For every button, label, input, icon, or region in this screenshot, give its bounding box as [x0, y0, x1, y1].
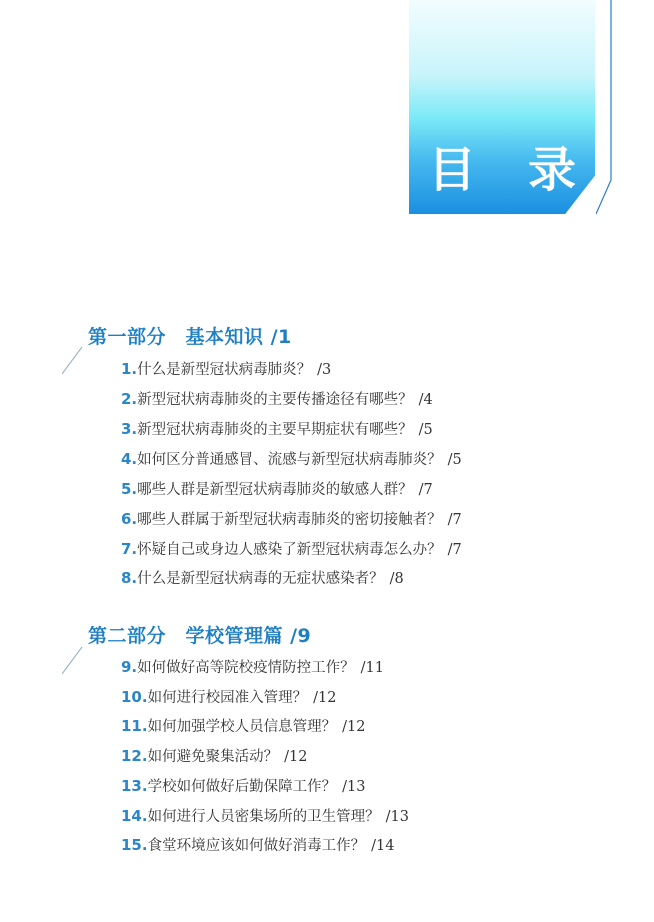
toc-item-number: 5.	[121, 480, 137, 498]
toc-item-page: /13	[342, 779, 365, 795]
toc-item-text: 学校如何做好后勤保障工作？	[148, 779, 337, 795]
toc-item-number: 4.	[121, 450, 137, 468]
toc-item-page: /8	[390, 571, 404, 587]
toc-item-number: 7.	[121, 540, 137, 558]
toc-item-number: 12.	[121, 747, 148, 765]
toc-item-text: 什么是新型冠状病毒肺炎？	[137, 362, 311, 378]
toc-item-page: /7	[448, 542, 462, 558]
toc-item-text: 食堂环境应该如何做好消毒工作？	[148, 838, 366, 854]
toc-title-char-2: 录	[528, 140, 576, 200]
toc-item[interactable]: 11.如何加强学校人员信息管理？/12	[121, 716, 365, 737]
toc-item-page: /14	[371, 838, 394, 854]
toc-item[interactable]: 5.哪些人群是新型冠状病毒肺炎的敏感人群？/7	[121, 479, 433, 500]
toc-item-page: /12	[342, 719, 365, 735]
toc-item-page: /11	[361, 660, 384, 676]
toc-item-page: /13	[386, 809, 409, 825]
toc-item-number: 11.	[121, 717, 148, 735]
toc-item-text: 如何进行校园准入管理？	[148, 690, 308, 706]
toc-item-number: 10.	[121, 688, 148, 706]
toc-item-page: /7	[448, 512, 462, 528]
toc-item-number: 8.	[121, 569, 137, 587]
toc-item[interactable]: 1.什么是新型冠状病毒肺炎？/3	[121, 359, 331, 380]
toc-item-number: 15.	[121, 836, 148, 854]
toc-item[interactable]: 4.如何区分普通感冒、流感与新型冠状病毒肺炎？/5	[121, 449, 462, 470]
toc-item-number: 1.	[121, 360, 137, 378]
toc-item-text: 如何进行人员密集场所的卫生管理？	[148, 809, 380, 825]
toc-item-page: /12	[284, 749, 307, 765]
toc-item[interactable]: 3.新型冠状病毒肺炎的主要早期症状有哪些？/5	[121, 419, 433, 440]
toc-item-page: /12	[313, 690, 336, 706]
toc-item[interactable]: 15.食堂环境应该如何做好消毒工作？/14	[121, 835, 394, 856]
section-header-1: 第一部分 基本知识 /1	[88, 322, 292, 349]
toc-item-text: 如何做好高等院校疫情防控工作？	[137, 660, 355, 676]
toc-item-text: 如何区分普通感冒、流感与新型冠状病毒肺炎？	[137, 452, 442, 468]
toc-item-text: 如何加强学校人员信息管理？	[148, 719, 337, 735]
toc-item[interactable]: 13.学校如何做好后勤保障工作？/13	[121, 776, 365, 797]
toc-item-text: 新型冠状病毒肺炎的主要早期症状有哪些？	[137, 422, 413, 438]
section-header-2: 第二部分 学校管理篇 /9	[88, 621, 311, 648]
toc-item-text: 哪些人群是新型冠状病毒肺炎的敏感人群？	[137, 482, 413, 498]
toc-item-number: 13.	[121, 777, 148, 795]
toc-item[interactable]: 14.如何进行人员密集场所的卫生管理？/13	[121, 806, 409, 827]
toc-title-char-1: 目	[428, 140, 476, 200]
toc-item-number: 3.	[121, 420, 137, 438]
toc-item[interactable]: 10.如何进行校园准入管理？/12	[121, 687, 336, 708]
toc-item-number: 9.	[121, 658, 137, 676]
toc-item-page: /5	[448, 452, 462, 468]
toc-item-text: 哪些人群属于新型冠状病毒肺炎的密切接触者？	[137, 512, 442, 528]
toc-item-page: /4	[419, 392, 433, 408]
toc-item[interactable]: 6.哪些人群属于新型冠状病毒肺炎的密切接触者？/7	[121, 509, 462, 530]
toc-item[interactable]: 9.如何做好高等院校疫情防控工作？/11	[121, 657, 384, 678]
toc-item-text: 怀疑自己或身边人感染了新型冠状病毒怎么办？	[137, 542, 442, 558]
toc-item-text: 新型冠状病毒肺炎的主要传播途径有哪些？	[137, 392, 413, 408]
toc-item[interactable]: 8.什么是新型冠状病毒的无症状感染者？/8	[121, 568, 404, 589]
toc-item-page: /5	[419, 422, 433, 438]
toc-item-number: 6.	[121, 510, 137, 528]
toc-item-text: 如何避免聚集活动？	[148, 749, 279, 765]
toc-item-number: 2.	[121, 390, 137, 408]
title-panel-outline	[596, 0, 616, 216]
toc-item-number: 14.	[121, 807, 148, 825]
toc-item[interactable]: 2.新型冠状病毒肺炎的主要传播途径有哪些？/4	[121, 389, 433, 410]
toc-item[interactable]: 7.怀疑自己或身边人感染了新型冠状病毒怎么办？/7	[121, 539, 462, 560]
toc-item-page: /3	[317, 362, 331, 378]
toc-item[interactable]: 12.如何避免聚集活动？/12	[121, 746, 307, 767]
toc-item-page: /7	[419, 482, 433, 498]
toc-item-text: 什么是新型冠状病毒的无症状感染者？	[137, 571, 384, 587]
